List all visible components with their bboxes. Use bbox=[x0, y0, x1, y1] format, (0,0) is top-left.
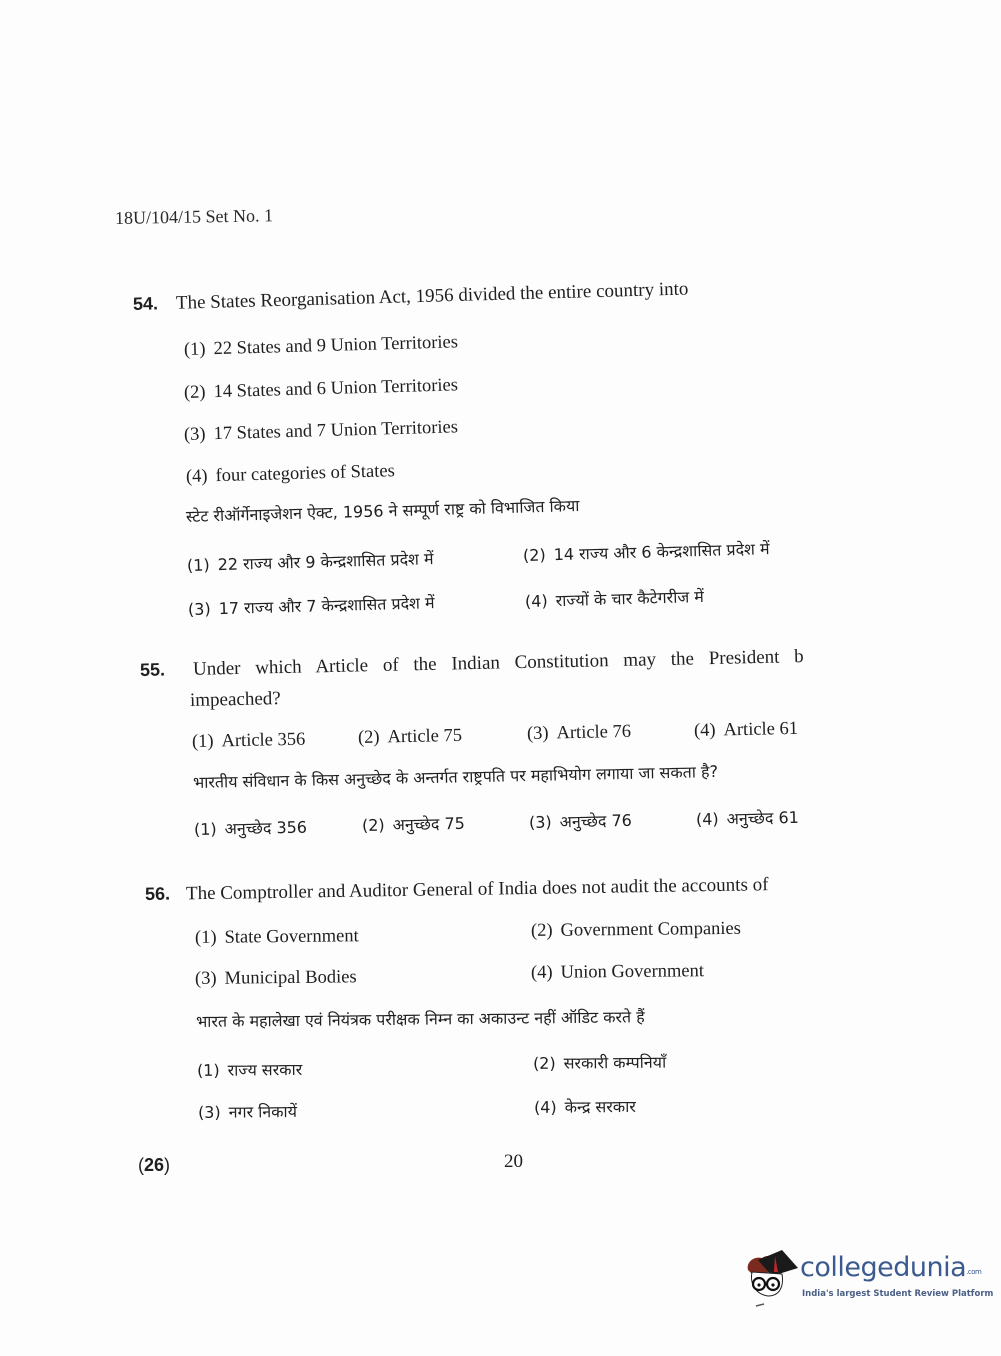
option-hi: (3)17 राज्य और 7 केन्द्रशासित प्रदेश में bbox=[188, 591, 435, 620]
footer-code: (26) bbox=[138, 1155, 170, 1176]
option-hi: (1)22 राज्य और 9 केन्द्रशासित प्रदेश में bbox=[187, 547, 434, 576]
option-hi: (4)राज्यों के चार कैटेगरीज में bbox=[525, 585, 704, 612]
question-56: 56. The Comptroller and Auditor General … bbox=[145, 874, 769, 906]
option-hi: (2)अनुच्छेद 75 bbox=[362, 812, 465, 836]
brand-tagline: India's largest Student Review Platform bbox=[802, 1289, 993, 1299]
option-en: (2)Article 75 bbox=[358, 726, 462, 749]
question-text-en: Under which Article of the Indian Consti… bbox=[193, 646, 804, 680]
question-text-en-continued: impeached? bbox=[190, 688, 281, 712]
question-number: 54. bbox=[133, 293, 159, 314]
option-en: (2)14 States and 6 Union Territories bbox=[184, 375, 459, 404]
question-text-hi: स्टेट रीऑर्गेनाइजेशन ऐक्ट, 1956 ने सम्पू… bbox=[186, 494, 580, 527]
question-number: 56. bbox=[145, 884, 170, 904]
question-text-en: The Comptroller and Auditor General of I… bbox=[186, 874, 769, 904]
mascot-icon bbox=[742, 1248, 800, 1314]
option-en: (2)Government Companies bbox=[531, 919, 741, 942]
option-en: (4)four categories of States bbox=[186, 461, 395, 488]
option-hi: (3)नगर निकायें bbox=[198, 1100, 297, 1123]
option-en: (3)Article 76 bbox=[527, 722, 631, 745]
option-hi: (4)अनुच्छेद 61 bbox=[696, 806, 799, 830]
brand-name: collegedunia.com bbox=[800, 1252, 981, 1283]
option-hi: (4)केन्द्र सरकार bbox=[534, 1095, 636, 1118]
option-en: (4)Union Government bbox=[531, 961, 704, 984]
question-text-en: The States Reorganisation Act, 1956 divi… bbox=[176, 278, 689, 313]
option-en: (1)Article 356 bbox=[192, 730, 306, 753]
collegedunia-watermark: collegedunia.com India's largest Student… bbox=[742, 1248, 972, 1314]
option-hi: (2)सरकारी कम्पनियाँ bbox=[533, 1051, 666, 1074]
option-hi: (2)14 राज्य और 6 केन्द्रशासित प्रदेश में bbox=[523, 537, 770, 566]
question-number: 55. bbox=[140, 659, 165, 680]
option-hi: (1)अनुच्छेद 356 bbox=[194, 816, 307, 840]
question-55: 55. Under which Article of the Indian Co… bbox=[140, 646, 804, 682]
option-hi: (1)राज्य सरकार bbox=[197, 1058, 302, 1081]
question-54: 54. The States Reorganisation Act, 1956 … bbox=[133, 278, 689, 316]
paper-set-code: 18U/104/15 Set No. 1 bbox=[115, 205, 273, 229]
option-en: (3)Municipal Bodies bbox=[195, 967, 357, 990]
page-number: 20 bbox=[504, 1151, 523, 1173]
option-en: (4)Article 61 bbox=[694, 719, 798, 742]
option-en: (1)22 States and 9 Union Territories bbox=[184, 332, 459, 361]
option-en: (1)State Government bbox=[195, 926, 359, 949]
option-en: (3)17 States and 7 Union Territories bbox=[184, 417, 459, 446]
option-hi: (3)अनुच्छेद 76 bbox=[529, 809, 632, 833]
question-text-hi: भारतीय संविधान के किस अनुच्छेद के अन्तर्… bbox=[193, 760, 718, 793]
question-text-hi: भारत के महालेखा एवं नियंत्रक परीक्षक निम… bbox=[196, 1005, 645, 1032]
